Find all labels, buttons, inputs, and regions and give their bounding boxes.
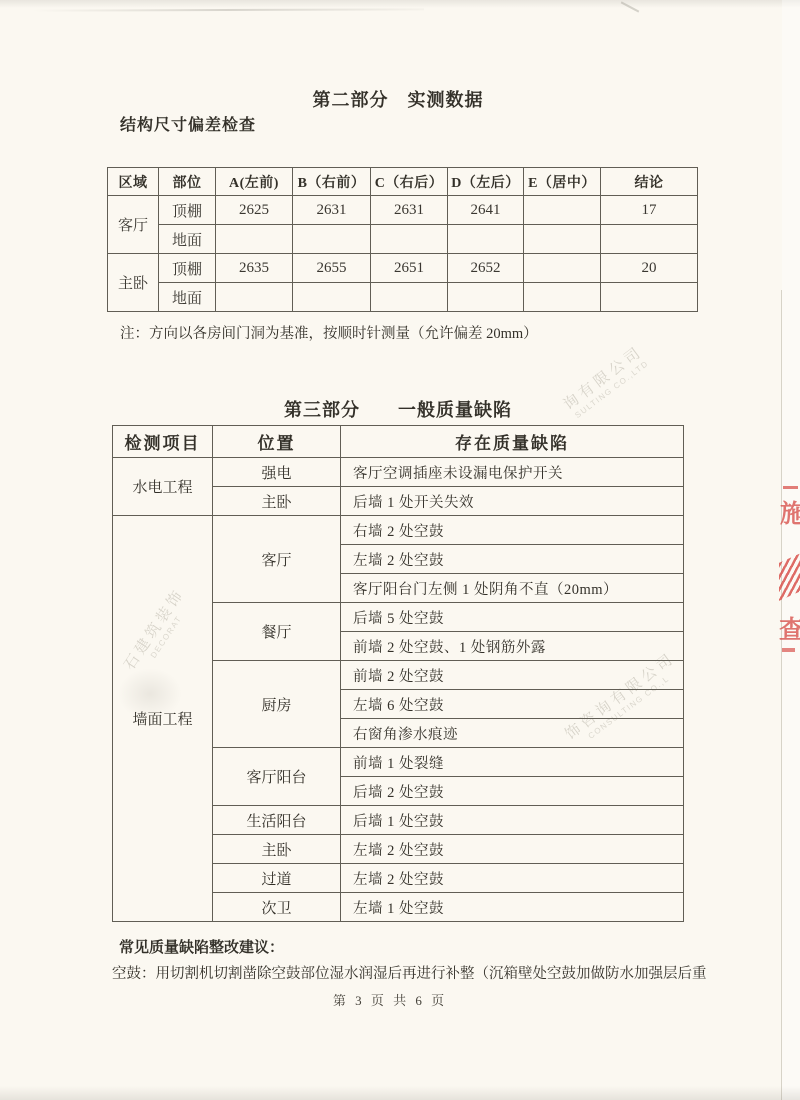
table1-header-cell: D（左后）	[448, 168, 524, 196]
defect-cell: 左墙 2 处空鼓	[341, 835, 684, 864]
measurement-cell: 2625	[216, 196, 293, 225]
measurement-cell: 2631	[371, 196, 448, 225]
measurement-cell	[524, 254, 601, 283]
table2-row: 水电工程强电客厅空调插座未设漏电保护开关	[113, 458, 684, 487]
defect-cell: 客厅阳台门左侧 1 处阴角不直（20mm）	[341, 574, 684, 603]
defect-cell: 左墙 2 处空鼓	[341, 545, 684, 574]
table1-header-cell: E（居中）	[524, 168, 601, 196]
scan-top-shadow	[0, 0, 800, 8]
table1-header-cell: C（右后）	[371, 168, 448, 196]
measurement-cell	[293, 225, 371, 254]
dimension-deviation-table: 区域部位A(左前)B（右前）C（右后）D（左后）E（居中）结论 客厅顶棚2625…	[107, 167, 698, 312]
scan-crease-line	[32, 8, 424, 11]
measurement-cell	[524, 283, 601, 312]
part-cell: 顶棚	[159, 196, 216, 225]
suggestion-hollow-drum: 空鼓：用切割机切割凿除空鼓部位湿水润湿后再进行补整（沉箱壁处空鼓加做防水加强层后…	[112, 962, 707, 983]
table1-header-cell: 结论	[601, 168, 698, 196]
conclusion-cell	[601, 225, 698, 254]
measurement-cell: 2652	[448, 254, 524, 283]
location-cell: 过道	[213, 864, 341, 893]
table1-body: 客厅顶棚262526312631264117地面主卧顶棚263526552651…	[108, 196, 698, 312]
measurement-cell	[524, 225, 601, 254]
table1-row: 主卧顶棚263526552651265220	[108, 254, 698, 283]
table2-header-cell: 检测项目	[113, 426, 213, 458]
section3-title: 第三部分 一般质量缺陷	[0, 396, 796, 422]
location-cell: 强电	[213, 458, 341, 487]
table1-row: 地面	[108, 283, 698, 312]
conclusion-cell: 20	[601, 254, 698, 283]
defect-cell: 左墙 6 处空鼓	[341, 690, 684, 719]
measurement-cell	[448, 283, 524, 312]
seal-glyph-bottom-icon: 查	[779, 610, 800, 646]
measurement-cell: 2635	[216, 254, 293, 283]
location-cell: 次卫	[213, 893, 341, 922]
defect-cell: 左墙 1 处空鼓	[341, 893, 684, 922]
table2-header-cell: 位置	[213, 426, 341, 458]
measurement-cell	[216, 283, 293, 312]
location-cell: 客厅	[213, 516, 341, 603]
defect-cell: 后墙 5 处空鼓	[341, 603, 684, 632]
quality-defects-table: 检测项目位置存在质量缺陷 水电工程强电客厅空调插座未设漏电保护开关主卧后墙 1 …	[112, 425, 684, 922]
table2-body: 水电工程强电客厅空调插座未设漏电保护开关主卧后墙 1 处开关失效墙面工程客厅右墙…	[113, 458, 684, 922]
measurement-cell: 2655	[293, 254, 371, 283]
defect-cell: 后墙 1 处开关失效	[341, 487, 684, 516]
part-cell: 地面	[159, 225, 216, 254]
defect-cell: 前墙 1 处裂缝	[341, 748, 684, 777]
defect-cell: 右墙 2 处空鼓	[341, 516, 684, 545]
measurement-cell	[216, 225, 293, 254]
measurement-cell	[448, 225, 524, 254]
project-cell: 墙面工程	[113, 516, 213, 922]
location-cell: 主卧	[213, 487, 341, 516]
area-cell: 主卧	[108, 254, 159, 312]
conclusion-cell: 17	[601, 196, 698, 225]
scanned-document-page: 询有限公司 SULTING CO.,LTD 石建筑装饰 DECORAT 饰咨询有…	[0, 0, 800, 1100]
section2-title: 第二部分 实测数据	[0, 86, 796, 112]
seal-dash-icon	[783, 486, 798, 489]
measurement-note: 注：方向以各房间门洞为基准，按顺时针测量（允许偏差 20mm）	[120, 322, 538, 343]
scan-bottom-shadow	[0, 1086, 800, 1100]
defect-cell: 前墙 2 处空鼓、1 处钢筋外露	[341, 632, 684, 661]
seal-dash-icon	[782, 648, 795, 652]
table1-header-row: 区域部位A(左前)B（右前）C（右后）D（左后）E（居中）结论	[108, 168, 698, 196]
defect-cell: 右窗角渗水痕迹	[341, 719, 684, 748]
defect-cell: 后墙 1 处空鼓	[341, 806, 684, 835]
measurement-cell: 2651	[371, 254, 448, 283]
table2-row: 墙面工程客厅右墙 2 处空鼓	[113, 516, 684, 545]
table2-header-row: 检测项目位置存在质量缺陷	[113, 426, 684, 458]
measurement-cell: 2631	[293, 196, 371, 225]
conclusion-cell	[601, 283, 698, 312]
page-number: 第 3 页 共 6 页	[0, 990, 780, 1009]
seal-glyph-top-icon: 施	[780, 494, 800, 530]
measurement-cell	[524, 196, 601, 225]
measurement-cell	[293, 283, 371, 312]
suggestions-title: 常见质量缺陷整改建议：	[119, 936, 284, 957]
table2-header-cell: 存在质量缺陷	[341, 426, 684, 458]
table1-header-cell: A(左前)	[216, 168, 293, 196]
table1-header-cell: 部位	[159, 168, 216, 196]
table1-header-cell: B（右前）	[293, 168, 371, 196]
location-cell: 主卧	[213, 835, 341, 864]
page-seal-fragment: 施 查	[772, 468, 800, 668]
project-cell: 水电工程	[113, 458, 213, 516]
location-cell: 客厅阳台	[213, 748, 341, 806]
seal-stripe-icon	[779, 553, 800, 601]
part-cell: 地面	[159, 283, 216, 312]
location-cell: 生活阳台	[213, 806, 341, 835]
part-cell: 顶棚	[159, 254, 216, 283]
table1-header-cell: 区域	[108, 168, 159, 196]
defect-cell: 客厅空调插座未设漏电保护开关	[341, 458, 684, 487]
table1-row: 客厅顶棚262526312631264117	[108, 196, 698, 225]
location-cell: 厨房	[213, 661, 341, 748]
defect-cell: 后墙 2 处空鼓	[341, 777, 684, 806]
measurement-cell	[371, 225, 448, 254]
location-cell: 餐厅	[213, 603, 341, 661]
table1-row: 地面	[108, 225, 698, 254]
measurement-cell: 2641	[448, 196, 524, 225]
section2-subtitle: 结构尺寸偏差检查	[120, 112, 256, 135]
defect-cell: 左墙 2 处空鼓	[341, 864, 684, 893]
area-cell: 客厅	[108, 196, 159, 254]
measurement-cell	[371, 283, 448, 312]
defect-cell: 前墙 2 处空鼓	[341, 661, 684, 690]
